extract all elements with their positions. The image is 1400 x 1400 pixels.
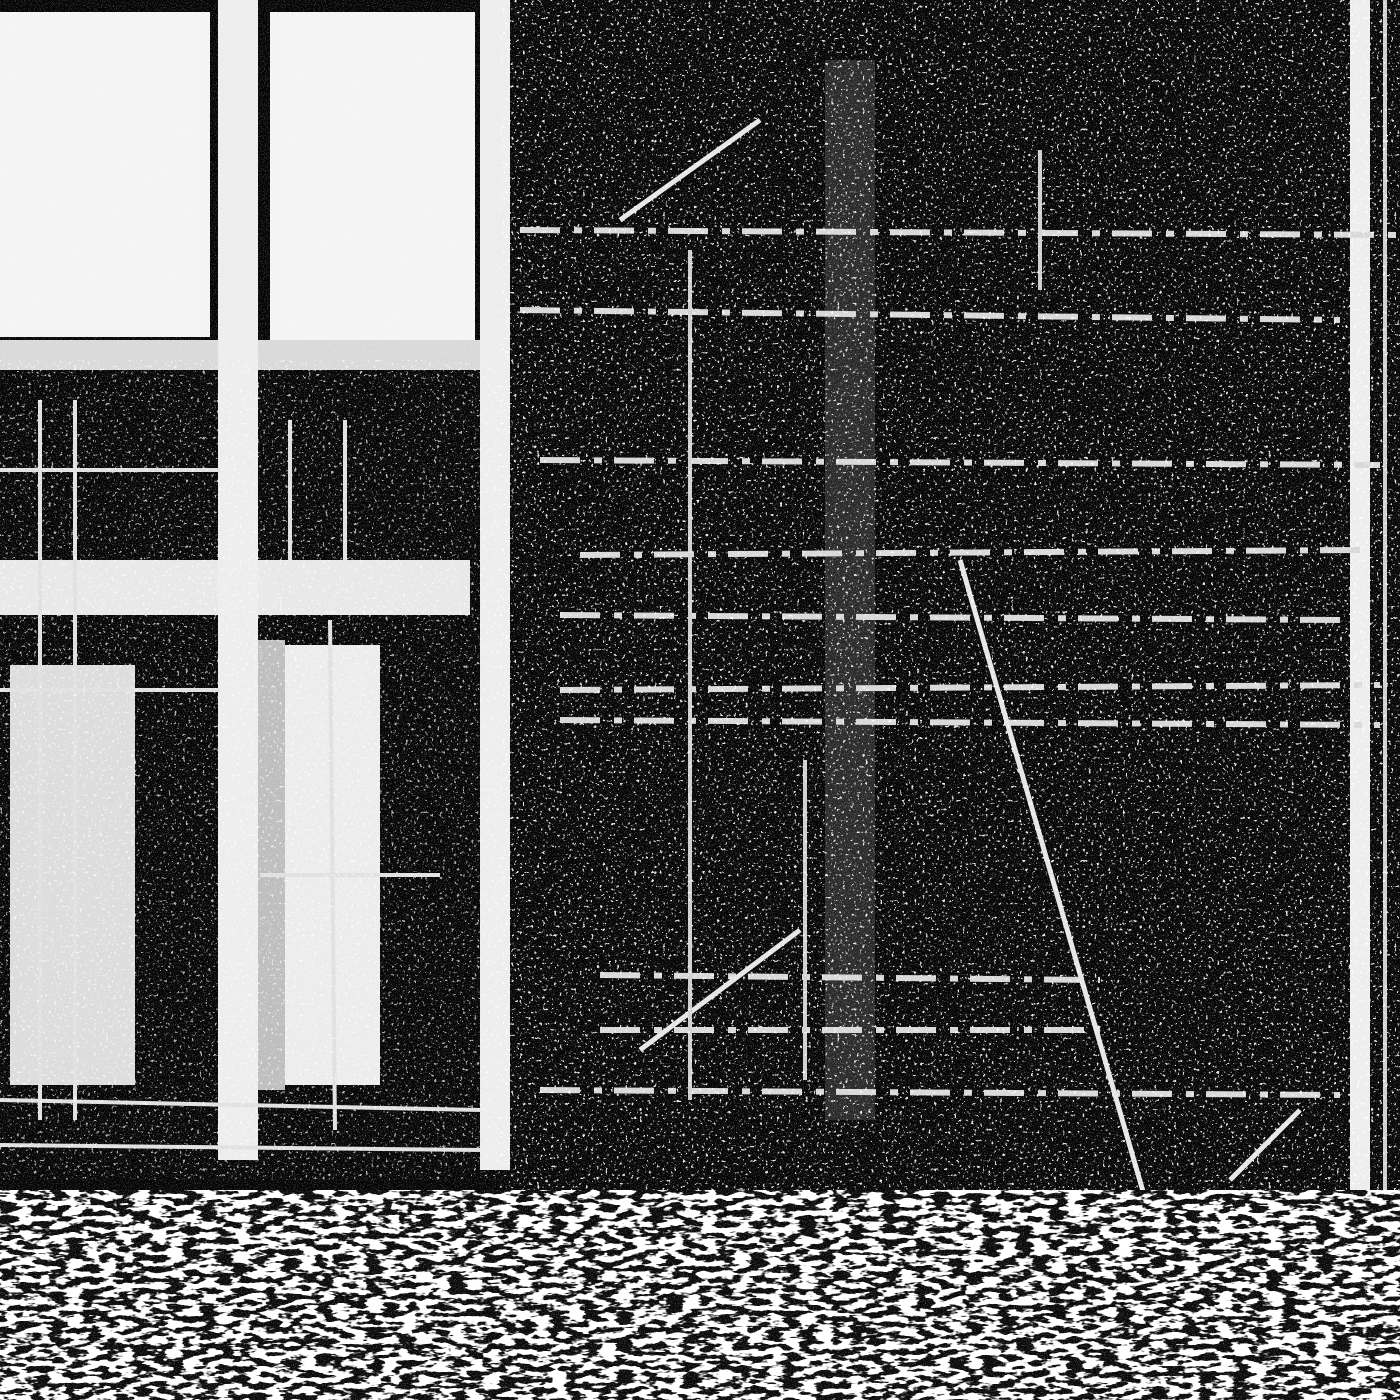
photo-canvas — [0, 0, 1400, 1400]
construction-photo: Building under construction with scaffol… — [0, 0, 1400, 1400]
